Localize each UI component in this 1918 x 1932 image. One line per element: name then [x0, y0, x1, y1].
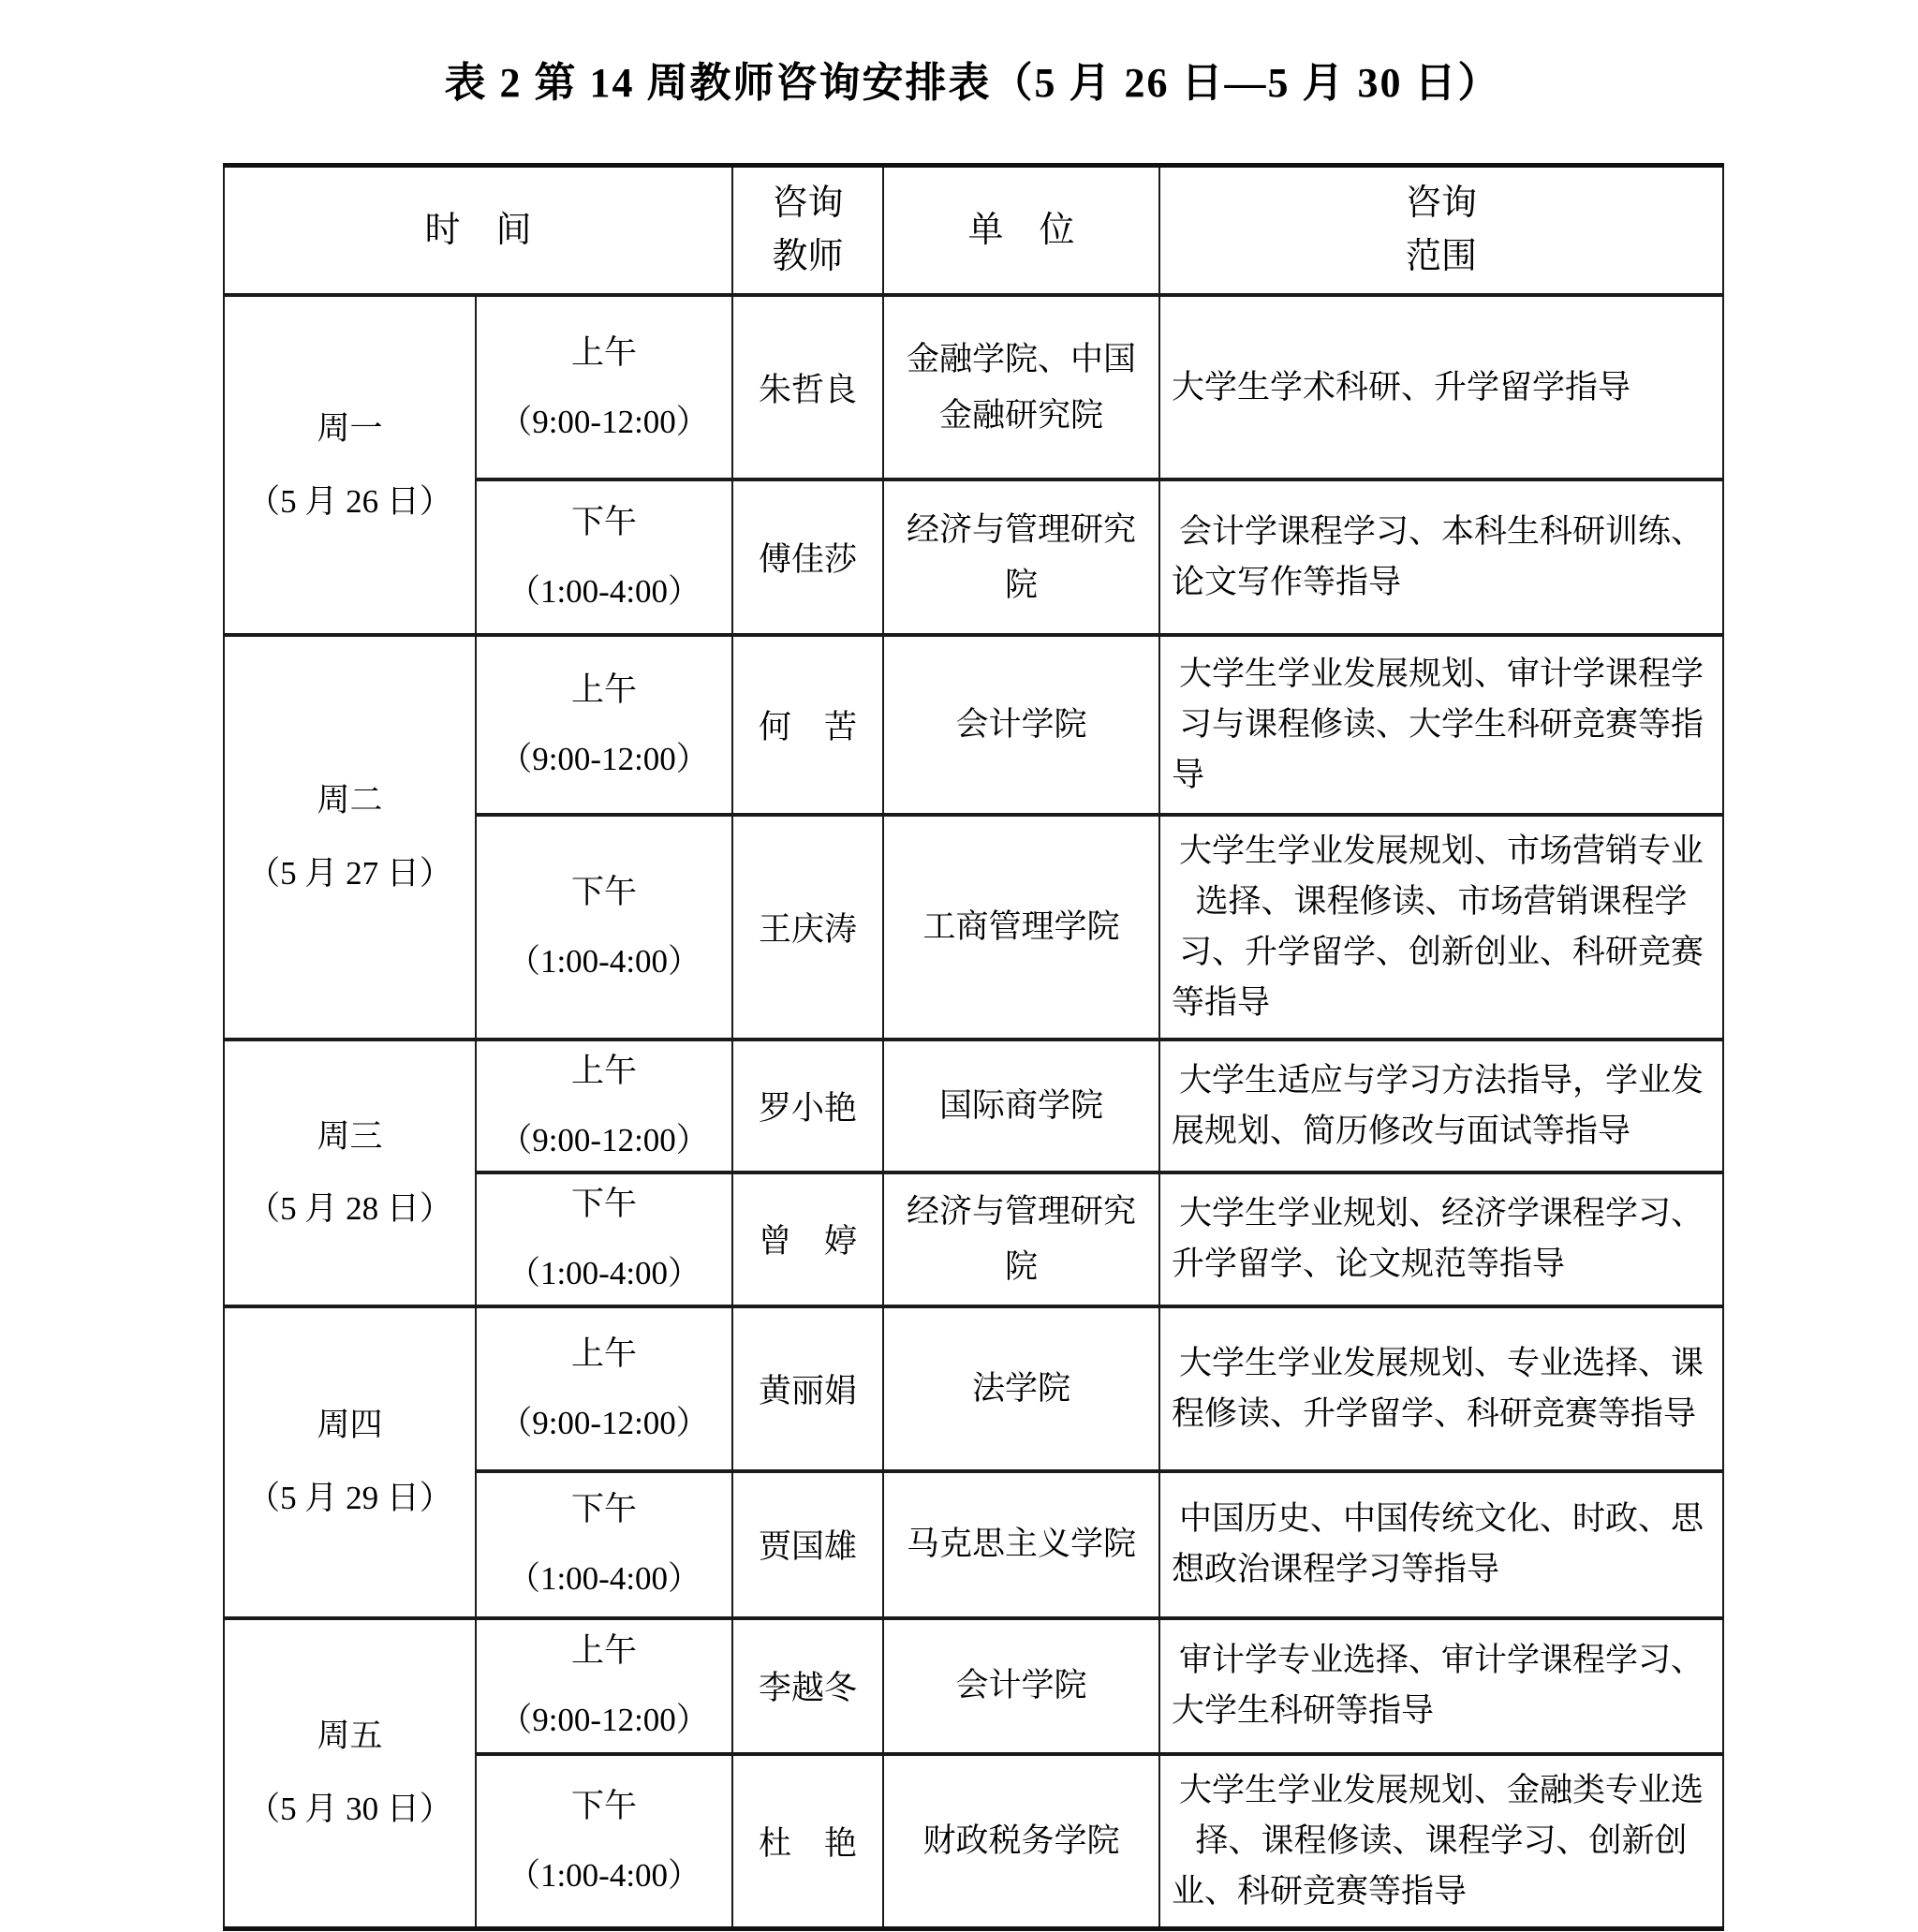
teacher-cell: 黄丽娟	[732, 1306, 883, 1471]
table-row-tuesday-am: 周二 （5 月 27 日） 上午 （9:00-12:00） 何 苦 会计学院 大…	[224, 635, 1723, 815]
scope-cell: 大学生学业发展规划、市场营销专业选择、课程修读、市场营销课程学习、升学留学、创新…	[1159, 815, 1723, 1040]
header-teacher-line2: 教师	[745, 230, 871, 284]
header-time: 时 间	[224, 166, 732, 296]
period-label: 上午	[488, 670, 720, 711]
header-scope: 咨询 范围	[1159, 166, 1723, 296]
header-scope-line1: 咨询	[1172, 177, 1711, 230]
hours-label: （1:00-4:00）	[488, 1253, 720, 1294]
unit-cell: 财政税务学院	[883, 1754, 1159, 1929]
time-cell: 下午 （1:00-4:00）	[476, 815, 732, 1040]
day-cell-monday: 周一 （5 月 26 日）	[224, 295, 476, 635]
hours-label: （9:00-12:00）	[488, 1700, 720, 1741]
day-date: （5 月 26 日）	[236, 481, 464, 523]
period-label: 下午	[488, 872, 720, 913]
scope-cell: 会计学课程学习、本科生科研训练、论文写作等指导	[1159, 479, 1723, 635]
day-date: （5 月 29 日）	[236, 1478, 464, 1519]
unit-cell: 法学院	[883, 1306, 1159, 1471]
teacher-cell: 贾国雄	[732, 1471, 883, 1618]
header-teacher-line1: 咨询	[745, 177, 871, 230]
header-teacher: 咨询 教师	[732, 166, 883, 296]
unit-cell: 工商管理学院	[883, 815, 1159, 1040]
day-cell-thursday: 周四 （5 月 29 日）	[224, 1306, 476, 1618]
table-row-thursday-am: 周四 （5 月 29 日） 上午 （9:00-12:00） 黄丽娟 法学院 大学…	[224, 1306, 1723, 1471]
day-label: 周一	[236, 408, 464, 450]
unit-cell: 马克思主义学院	[883, 1471, 1159, 1618]
time-cell: 下午 （1:00-4:00）	[476, 1754, 732, 1929]
period-label: 上午	[488, 1334, 720, 1375]
unit-cell: 经济与管理研究院	[883, 1172, 1159, 1306]
teacher-cell: 何 苦	[732, 635, 883, 815]
scope-cell: 大学生学术科研、升学留学指导	[1159, 295, 1723, 479]
day-cell-tuesday: 周二 （5 月 27 日）	[224, 635, 476, 1040]
unit-cell: 会计学院	[883, 635, 1159, 815]
hours-label: （1:00-4:00）	[488, 571, 720, 612]
table-row-monday-am: 周一 （5 月 26 日） 上午 （9:00-12:00） 朱哲良 金融学院、中…	[224, 295, 1723, 479]
scope-cell: 大学生学业发展规划、专业选择、课程修读、升学留学、科研竞赛等指导	[1159, 1306, 1723, 1471]
time-cell: 上午 （9:00-12:00）	[476, 1040, 732, 1172]
time-cell: 上午 （9:00-12:00）	[476, 1618, 732, 1754]
table-row-friday-am: 周五 （5 月 30 日） 上午 （9:00-12:00） 李越冬 会计学院 审…	[224, 1618, 1723, 1754]
scope-cell: 审计学专业选择、审计学课程学习、大学生科研等指导	[1159, 1618, 1723, 1754]
consultation-schedule-table: 时 间 咨询 教师 单 位 咨询 范围 周一 （5 月 26 日）	[223, 163, 1724, 1931]
scope-cell: 中国历史、中国传统文化、时政、思想政治课程学习等指导	[1159, 1471, 1723, 1618]
time-cell: 下午 （1:00-4:00）	[476, 1172, 732, 1306]
table-title: 表 2 第 14 周教师咨询安排表（5 月 26 日—5 月 30 日）	[223, 49, 1722, 109]
teacher-cell: 李越冬	[732, 1618, 883, 1754]
hours-label: （1:00-4:00）	[488, 1558, 720, 1600]
period-label: 下午	[488, 1184, 720, 1225]
header-row: 时 间 咨询 教师 单 位 咨询 范围	[224, 166, 1723, 296]
hours-label: （9:00-12:00）	[488, 1403, 720, 1444]
unit-cell: 会计学院	[883, 1618, 1159, 1754]
period-label: 下午	[488, 1786, 720, 1827]
day-label: 周三	[236, 1116, 464, 1158]
time-cell: 上午 （9:00-12:00）	[476, 295, 732, 479]
day-cell-wednesday: 周三 （5 月 28 日）	[224, 1040, 476, 1306]
header-scope-line2: 范围	[1172, 230, 1711, 284]
hours-label: （1:00-4:00）	[488, 1855, 720, 1896]
unit-cell: 国际商学院	[883, 1040, 1159, 1172]
header-unit: 单 位	[883, 166, 1159, 296]
period-label: 下午	[488, 1489, 720, 1530]
unit-cell: 金融学院、中国金融研究院	[883, 295, 1159, 479]
table-row-wednesday-am: 周三 （5 月 28 日） 上午 （9:00-12:00） 罗小艳 国际商学院 …	[224, 1040, 1723, 1172]
teacher-cell: 傅佳莎	[732, 479, 883, 635]
teacher-cell: 曾 婷	[732, 1172, 883, 1306]
period-label: 上午	[488, 332, 720, 374]
teacher-cell: 王庆涛	[732, 815, 883, 1040]
hours-label: （9:00-12:00）	[488, 1120, 720, 1161]
teacher-cell: 朱哲良	[732, 295, 883, 479]
day-date: （5 月 28 日）	[236, 1188, 464, 1230]
hours-label: （9:00-12:00）	[488, 739, 720, 780]
day-cell-friday: 周五 （5 月 30 日）	[224, 1618, 476, 1929]
scope-cell: 大学生适应与学习方法指导，学业发展规划、简历修改与面试等指导	[1159, 1040, 1723, 1172]
hours-label: （9:00-12:00）	[488, 402, 720, 443]
scope-cell: 大学生学业发展规划、金融类专业选择、课程修读、课程学习、创新创业、科研竞赛等指导	[1159, 1754, 1723, 1929]
time-cell: 下午 （1:00-4:00）	[476, 1471, 732, 1618]
time-cell: 下午 （1:00-4:00）	[476, 479, 732, 635]
unit-cell: 经济与管理研究院	[883, 479, 1159, 635]
time-cell: 上午 （9:00-12:00）	[476, 1306, 732, 1471]
scope-cell: 大学生学业规划、经济学课程学习、升学留学、论文规范等指导	[1159, 1172, 1723, 1306]
day-date: （5 月 30 日）	[236, 1789, 464, 1830]
time-cell: 上午 （9:00-12:00）	[476, 635, 732, 815]
day-label: 周五	[236, 1716, 464, 1757]
day-date: （5 月 27 日）	[236, 853, 464, 894]
document-page: 表 2 第 14 周教师咨询安排表（5 月 26 日—5 月 30 日） 时 间…	[0, 0, 1918, 1932]
day-label: 周二	[236, 780, 464, 821]
teacher-cell: 杜 艳	[732, 1754, 883, 1929]
period-label: 下午	[488, 502, 720, 543]
period-label: 上午	[488, 1630, 720, 1672]
period-label: 上午	[488, 1051, 720, 1092]
scope-cell: 大学生学业发展规划、审计学课程学习与课程修读、大学生科研竞赛等指导	[1159, 635, 1723, 815]
teacher-cell: 罗小艳	[732, 1040, 883, 1172]
day-label: 周四	[236, 1405, 464, 1446]
hours-label: （1:00-4:00）	[488, 941, 720, 982]
